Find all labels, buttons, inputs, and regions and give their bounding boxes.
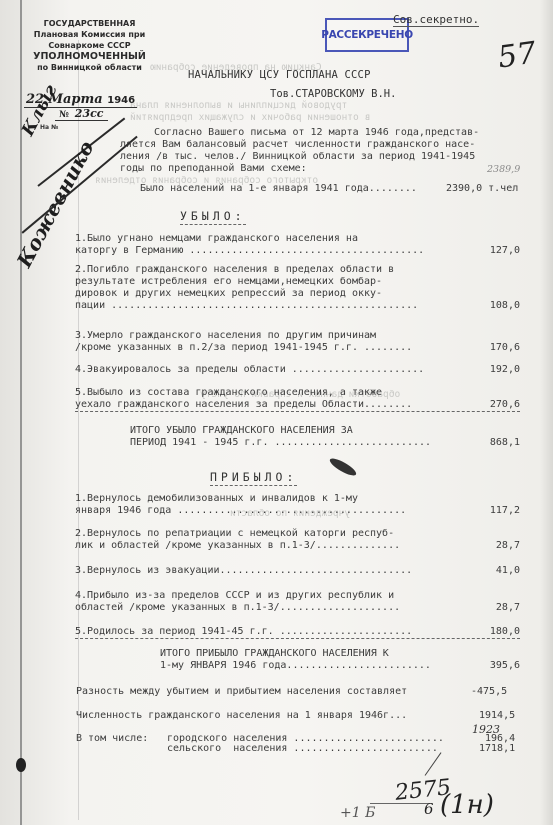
item-text: пации ..................................… <box>75 300 520 312</box>
item-text: 4.Эвакуировалось за пределы области ....… <box>75 364 520 376</box>
item-value: 117,2 <box>490 505 520 517</box>
rural-label: сельского населения ....................… <box>167 744 438 754</box>
date-year: 1946 <box>107 95 135 106</box>
intro-line: годы по преподанной Вами схеме: <box>120 163 307 175</box>
letterhead-line: УПОЛНОМОЧЕННЫЙ <box>22 51 157 62</box>
scanned-document-page: Санкцию на проведение собранию трудовой … <box>0 0 553 825</box>
decrease-item-1: 1.Было угнано немцами гражданского насел… <box>75 233 520 257</box>
increase-total: ИТОГО ПРИБЫЛО ГРАЖДАНСКОГО НАСЕЛЕНИЯ К 1… <box>160 648 520 672</box>
handwritten-footer-sub: 6 <box>424 800 434 818</box>
total-text: ИТОГО УБЫЛО ГРАЖДАНСКОГО НАСЕЛЕНИЯ ЗА <box>130 425 520 437</box>
letterhead-line: Совнаркоме СССР <box>22 40 157 51</box>
item-value: 41,0 <box>496 565 520 577</box>
number-prefix: № <box>59 110 69 120</box>
decrease-item-5: 5.Выбыло из состава гражданского населен… <box>75 387 520 412</box>
pencil-stroke <box>370 803 430 804</box>
handwritten-mark: +1 Б <box>340 805 375 821</box>
item-value: 192,0 <box>490 364 520 376</box>
rural-value: 1718,1 <box>479 744 515 754</box>
item-text: 1.Было угнано немцами гражданского насел… <box>75 233 520 245</box>
letterhead-line: ГОСУДАРСТВЕННАЯ <box>22 18 157 29</box>
difference-label: Разность между убытием и прибытием насел… <box>76 686 407 698</box>
item-text: 4.Прибыло из-за пределов СССР и из други… <box>75 590 520 602</box>
letterhead-line: Плановая Комиссия при <box>22 29 157 40</box>
population-1941-value: 2390,0 т.чел <box>446 183 518 195</box>
item-text: результате истребления его немцами,немец… <box>75 276 520 288</box>
decrease-item-2: 2.Погибло гражданского населения в преде… <box>75 264 520 312</box>
decrease-total: ИТОГО УБЫЛО ГРАЖДАНСКОГО НАСЕЛЕНИЯ ЗА ПЕ… <box>130 425 520 449</box>
letterhead-line: по Винницкой области <box>22 62 157 73</box>
item-text: 5.Выбыло из состава гражданского населен… <box>75 387 520 399</box>
decrease-heading: УБЫЛО: <box>180 209 246 225</box>
pencil-stroke <box>425 752 442 776</box>
pencil-annotation: 2389,9 <box>487 164 520 175</box>
item-value: 127,0 <box>490 245 520 257</box>
item-value: 270,6 <box>490 399 520 411</box>
item-text: 1.Вернулось демобилизованных и инвалидов… <box>75 493 520 505</box>
item-text: уехало гражданского населения за пределы… <box>75 399 520 411</box>
ink-smudge <box>328 456 358 479</box>
population-1941-label: Было населений на 1-е января 1941 года..… <box>140 183 417 195</box>
item-value: 28,7 <box>496 602 520 614</box>
item-text: 2.Погибло гражданского населения в преде… <box>75 264 520 276</box>
total-value: 395,6 <box>490 660 520 672</box>
item-text: /кроме указанных в п.2/за период 1941-19… <box>75 342 520 354</box>
letterhead: ГОСУДАРСТВЕННАЯ Плановая Комиссия при Со… <box>22 18 157 73</box>
number-value: 23сс <box>75 107 104 120</box>
classification-label: Сов.секретно. <box>393 13 479 27</box>
decrease-item-3: 3.Умерло гражданского населения по други… <box>75 330 520 354</box>
difference-value: -475,5 <box>471 686 507 698</box>
total-text: 1-му ЯНВАРЯ 1946 года...................… <box>160 660 520 672</box>
item-text: 2.Вернулось по репатриации с немецкой ка… <box>75 528 520 540</box>
item-text: 3.Умерло гражданского населения по други… <box>75 330 520 342</box>
population-1946-value: 1914,5 <box>479 710 515 722</box>
item-value: 28,7 <box>496 540 520 552</box>
item-text: 3.Вернулось из эвакуации................… <box>75 565 520 577</box>
punch-hole <box>16 758 26 772</box>
increase-item-1: 1.Вернулось демобилизованных и инвалидов… <box>75 493 520 517</box>
population-1946-label: Численность гражданского населения на 1 … <box>76 710 407 722</box>
item-text: лик и областей /кроме указанных в п.1-3/… <box>75 540 520 552</box>
item-text: 5.Родилось за период 1941-45 г.г. ......… <box>75 626 520 638</box>
intro-line: Согласно Вашего письма от 12 марта 1946 … <box>124 127 479 139</box>
item-value: 170,6 <box>490 342 520 354</box>
intro-line: ления /в тыс. челов./ Винницкой области … <box>120 151 475 163</box>
item-text: каторгу в Германию .....................… <box>75 245 520 257</box>
including-label: В том числе: <box>76 734 148 744</box>
item-text: января 1946 года .......................… <box>75 505 520 517</box>
increase-heading: ПРИБЫЛО: <box>210 470 297 486</box>
increase-item-4: 4.Прибыло из-за пределов СССР и из други… <box>75 590 520 614</box>
total-text: ПЕРИОД 1941 - 1945 г.г. ................… <box>130 437 520 449</box>
handwritten-footer-paren: (1н) <box>440 790 494 820</box>
item-value: 180,0 <box>490 626 520 638</box>
document-number: №23сс <box>55 107 108 121</box>
handwritten-sheet-number: 57 <box>496 36 539 76</box>
total-text: ИТОГО ПРИБЫЛО ГРАЖДАНСКОГО НАСЕЛЕНИЯ К <box>160 648 520 660</box>
increase-item-5: 5.Родилось за период 1941-45 г.г. ......… <box>75 626 520 639</box>
addressee-name: Тов.СТАРОВСКОМУ В.Н. <box>270 88 396 100</box>
intro-line: ляется Вам балансовый расчет численности… <box>120 139 475 151</box>
bleed-through-text: трудовой дисциплины и выполнения плана <box>130 100 347 111</box>
item-value: 108,0 <box>490 300 520 312</box>
addressee-title: НАЧАЛЬНИКУ ЦСУ ГОСПЛАНА СССР <box>188 69 371 81</box>
item-text: дировок и других немецких репрессий за п… <box>75 288 520 300</box>
bleed-through-text: в отношении рабочих и служащих предприят… <box>130 112 370 123</box>
total-value: 868,1 <box>490 437 520 449</box>
decrease-item-4: 4.Эвакуировалось за пределы области ....… <box>75 364 520 376</box>
item-text: областей /кроме указанных в п.1-3/......… <box>75 602 520 614</box>
increase-item-2: 2.Вернулось по репатриации с немецкой ка… <box>75 528 520 552</box>
increase-item-3: 3.Вернулось из эвакуации................… <box>75 565 520 577</box>
